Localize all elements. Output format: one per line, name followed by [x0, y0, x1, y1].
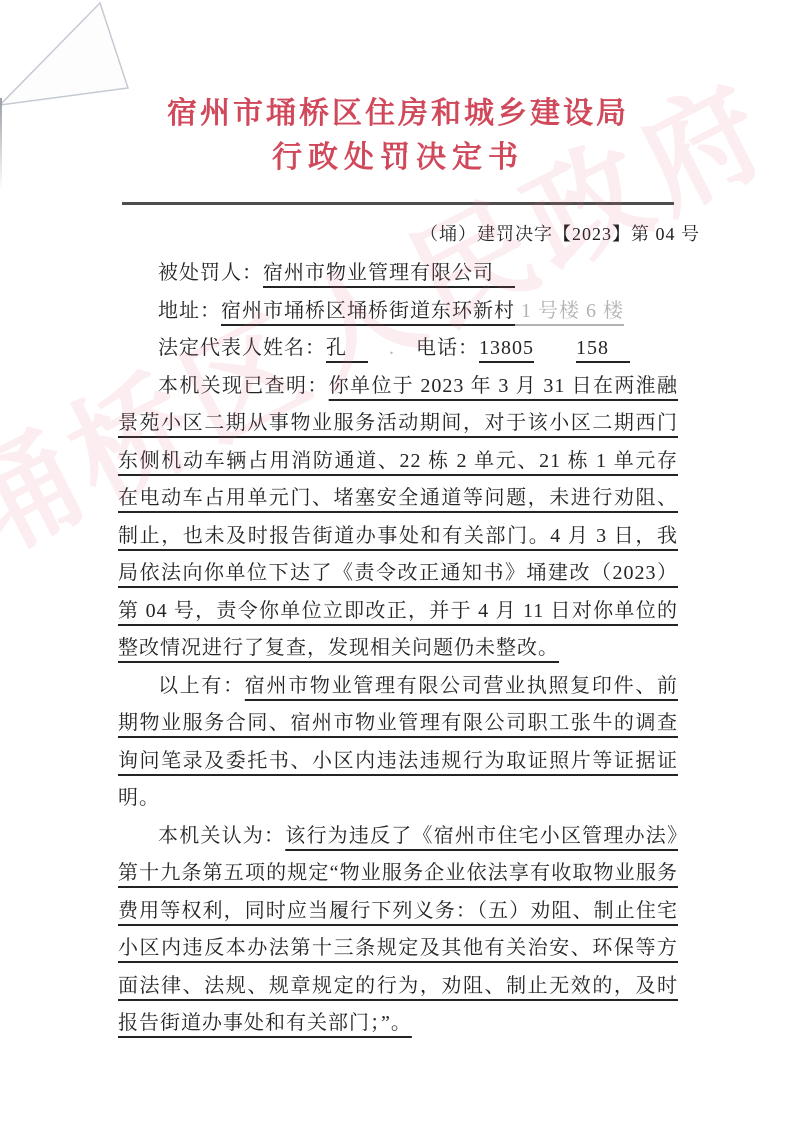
text-segment: 1 号楼 6 楼: [515, 300, 624, 322]
paragraph: 法定代表人姓名：孔 . 电话：13805 158: [118, 330, 678, 368]
document-title-line1: 宿州市埇桥区住房和城乡建设局: [118, 92, 678, 136]
paragraph: 被处罚人：宿州市物业管理有限公司: [118, 255, 678, 293]
document-number: （埇）建罚决字【2023】第 04 号: [118, 221, 700, 247]
paragraph: 本机关认为：该行为违反了《宿州市住宅小区管理办法》第十九条第五项的规定“物业服务…: [118, 818, 678, 1043]
text-segment: 宿州市埇桥区埇桥街道东环新村: [221, 300, 515, 322]
text-segment: 以上有：: [158, 675, 245, 697]
text-segment: [534, 337, 576, 359]
text-segment: 158: [576, 337, 630, 359]
text-segment: 本机关现已查明：: [158, 375, 329, 397]
text-segment: 孔: [326, 337, 368, 359]
text-segment: 13805: [479, 337, 534, 359]
paragraph: 本机关现已查明：你单位于 2023 年 3 月 31 日在两淮融景苑小区二期从事…: [118, 368, 678, 668]
text-segment: .: [368, 337, 416, 359]
text-segment: 本机关认为：: [158, 825, 285, 847]
text-segment: 被处罚人：: [158, 262, 263, 284]
document-title-line2: 行政处罚决定书: [118, 136, 678, 180]
text-segment: 电话：: [416, 337, 479, 359]
document-body: 被处罚人：宿州市物业管理有限公司 地址：宿州市埇桥区埇桥街道东环新村 1 号楼 …: [118, 255, 678, 1043]
text-segment: 地址：: [158, 300, 221, 322]
page-corner-fold-artifact: [0, 0, 140, 115]
paragraph: 地址：宿州市埇桥区埇桥街道东环新村 1 号楼 6 楼: [118, 293, 678, 331]
text-segment: 你单位于 2023 年 3 月 31 日在两淮融景苑小区二期从事物业服务活动期间…: [118, 375, 678, 660]
document-page: 埇桥区人民政府 宿州市埇桥区住房和城乡建设局 行政处罚决定书 （埇）建罚决字【2…: [0, 0, 794, 1122]
text-segment: 法定代表人姓名：: [158, 337, 326, 359]
paragraph: 以上有：宿州市物业管理有限公司营业执照复印件、前期物业服务合同、宿州市物业管理有…: [118, 668, 678, 818]
scan-edge-artifact: [0, 98, 2, 190]
text-segment: 宿州市物业管理有限公司: [263, 262, 515, 284]
text-segment: 明。: [118, 787, 160, 809]
title-divider: [122, 202, 674, 205]
text-segment: 该行为违反了《宿州市住宅小区管理办法》第十九条第五项的规定“物业服务企业依法享有…: [118, 825, 678, 1035]
